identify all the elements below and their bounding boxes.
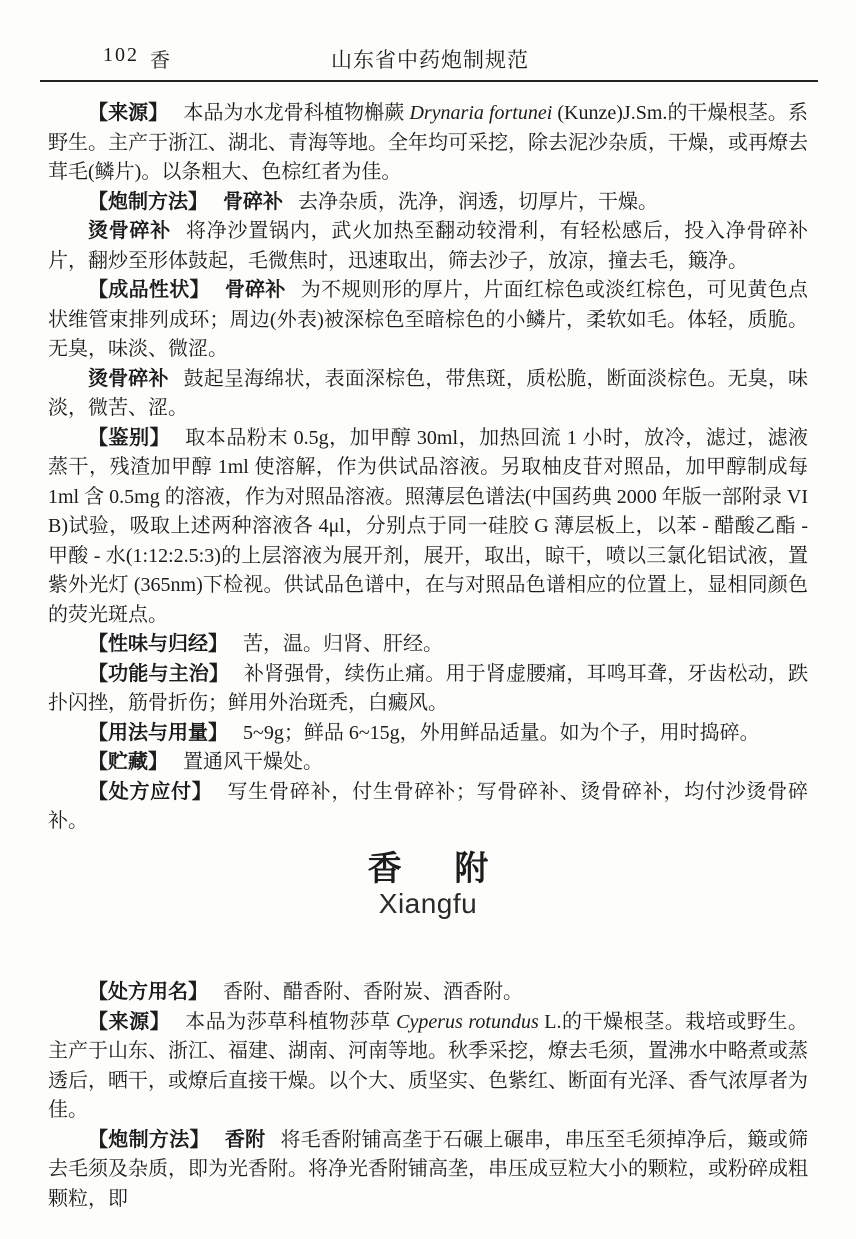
section-label: 【处方应付】 — [88, 781, 213, 803]
header-rule — [40, 80, 818, 82]
section-label: 【性味与归经】 — [88, 633, 228, 655]
paragraph-processing-method: 【炮制方法】香附将毛香附铺高垄于石碾上碾串，串压至毛须掉净后，簸或筛去毛须及杂质… — [48, 1126, 808, 1215]
method-sublabel: 骨碎补 — [223, 191, 283, 213]
section-label: 【用法与用量】 — [88, 722, 228, 744]
paragraph-processing-method: 烫骨碎补将净沙置锅内，武火加热至翻动较滑利，有轻松感后，投入净骨碎补片，翻炒至形… — [48, 217, 808, 276]
paragraph-prescription-dispensing: 【处方应付】写生骨碎补，付生骨碎补；写骨碎补、烫骨碎补，均付沙烫骨碎补。 — [48, 778, 808, 837]
paragraph-identification: 【鉴别】取本品粉末 0.5g，加甲醇 30ml，加热回流 1 小时，放冷，滤过，… — [48, 424, 808, 631]
method-sublabel: 烫骨碎补 — [88, 368, 169, 390]
monograph-pinyin: Xiangfu — [0, 888, 856, 920]
paragraph-text: 5~9g；鲜品 6~15g，外用鲜品适量。如为个子，用时捣碎。 — [243, 722, 760, 744]
book-title: 山东省中药炮制规范 — [48, 44, 812, 74]
paragraph-source: 【来源】本品为水龙骨科植物槲蕨 Drynaria fortunei (Kunze… — [48, 99, 808, 188]
paragraph-processing-method: 【炮制方法】骨碎补去净杂质，洗净，润透，切厚片，干燥。 — [48, 188, 808, 218]
paragraph-text: 本品为莎草科植物莎草 — [185, 1011, 396, 1033]
paragraph-text: 香附、醋香附、香附炭、酒香附。 — [223, 981, 523, 1003]
paragraph-prescription-names: 【处方用名】香附、醋香附、香附炭、酒香附。 — [48, 978, 808, 1008]
section-label: 【炮制方法】 — [88, 1129, 210, 1151]
paragraph-source: 【来源】本品为莎草科植物莎草 Cyperus rotundus L.的干燥根茎。… — [48, 1008, 808, 1126]
paragraph-text: 苦，温。归肾、肝经。 — [243, 633, 443, 655]
section-label: 【功能与主治】 — [88, 663, 229, 685]
latin-binomial: Drynaria fortunei — [409, 102, 552, 124]
paragraph-text: 置通风干燥处。 — [183, 751, 323, 773]
section-label: 【来源】 — [88, 1011, 170, 1033]
paragraph-storage: 【贮藏】置通风干燥处。 — [48, 748, 808, 778]
paragraph-text: 去净杂质，洗净，润透，切厚片，干燥。 — [298, 191, 658, 213]
latin-binomial: Cyperus rotundus — [396, 1011, 539, 1033]
entry2-body: 【处方用名】香附、醋香附、香附炭、酒香附。 【来源】本品为莎草科植物莎草 Cyp… — [48, 978, 808, 1214]
paragraph-dosage: 【用法与用量】5~9g；鲜品 6~15g，外用鲜品适量。如为个子，用时捣碎。 — [48, 719, 808, 749]
section-label: 【贮藏】 — [88, 751, 168, 773]
monograph-title: 香附 — [0, 841, 856, 890]
running-header: 102 香 山东省中药炮制规范 — [48, 44, 812, 72]
section-label: 【鉴别】 — [88, 427, 170, 449]
entry1-body: 【来源】本品为水龙骨科植物槲蕨 Drynaria fortunei (Kunze… — [48, 99, 808, 837]
paragraph-function-indication: 【功能与主治】补肾强骨，续伤止痛。用于肾虚腰痛，耳鸣耳聋，牙齿松动，跌扑闪挫，筋… — [48, 660, 808, 719]
section-label: 【炮制方法】 — [88, 191, 208, 213]
paragraph-product-character: 烫骨碎补鼓起呈海绵状，表面深棕色，带焦斑，质松脆，断面淡棕色。无臭，味淡，微苦、… — [48, 365, 808, 424]
paragraph-text: 本品为水龙骨科植物槲蕨 — [183, 102, 409, 124]
section-label: 【成品性状】 — [88, 279, 210, 301]
method-sublabel: 香附 — [225, 1129, 266, 1151]
book-page: 102 香 山东省中药炮制规范 【来源】本品为水龙骨科植物槲蕨 Drynaria… — [0, 0, 856, 1239]
method-sublabel: 烫骨碎补 — [88, 220, 171, 242]
section-label: 【处方用名】 — [88, 981, 208, 1003]
section-label: 【来源】 — [88, 102, 168, 124]
paragraph-text: 取本品粉末 0.5g，加甲醇 30ml，加热回流 1 小时，放冷，滤过，滤液蒸干… — [48, 427, 808, 626]
paragraph-product-character: 【成品性状】骨碎补为不规则形的厚片，片面红棕色或淡红棕色，可见黄色点状维管束排列… — [48, 276, 808, 365]
method-sublabel: 骨碎补 — [225, 279, 286, 301]
paragraph-property-meridian: 【性味与归经】苦，温。归肾、肝经。 — [48, 630, 808, 660]
